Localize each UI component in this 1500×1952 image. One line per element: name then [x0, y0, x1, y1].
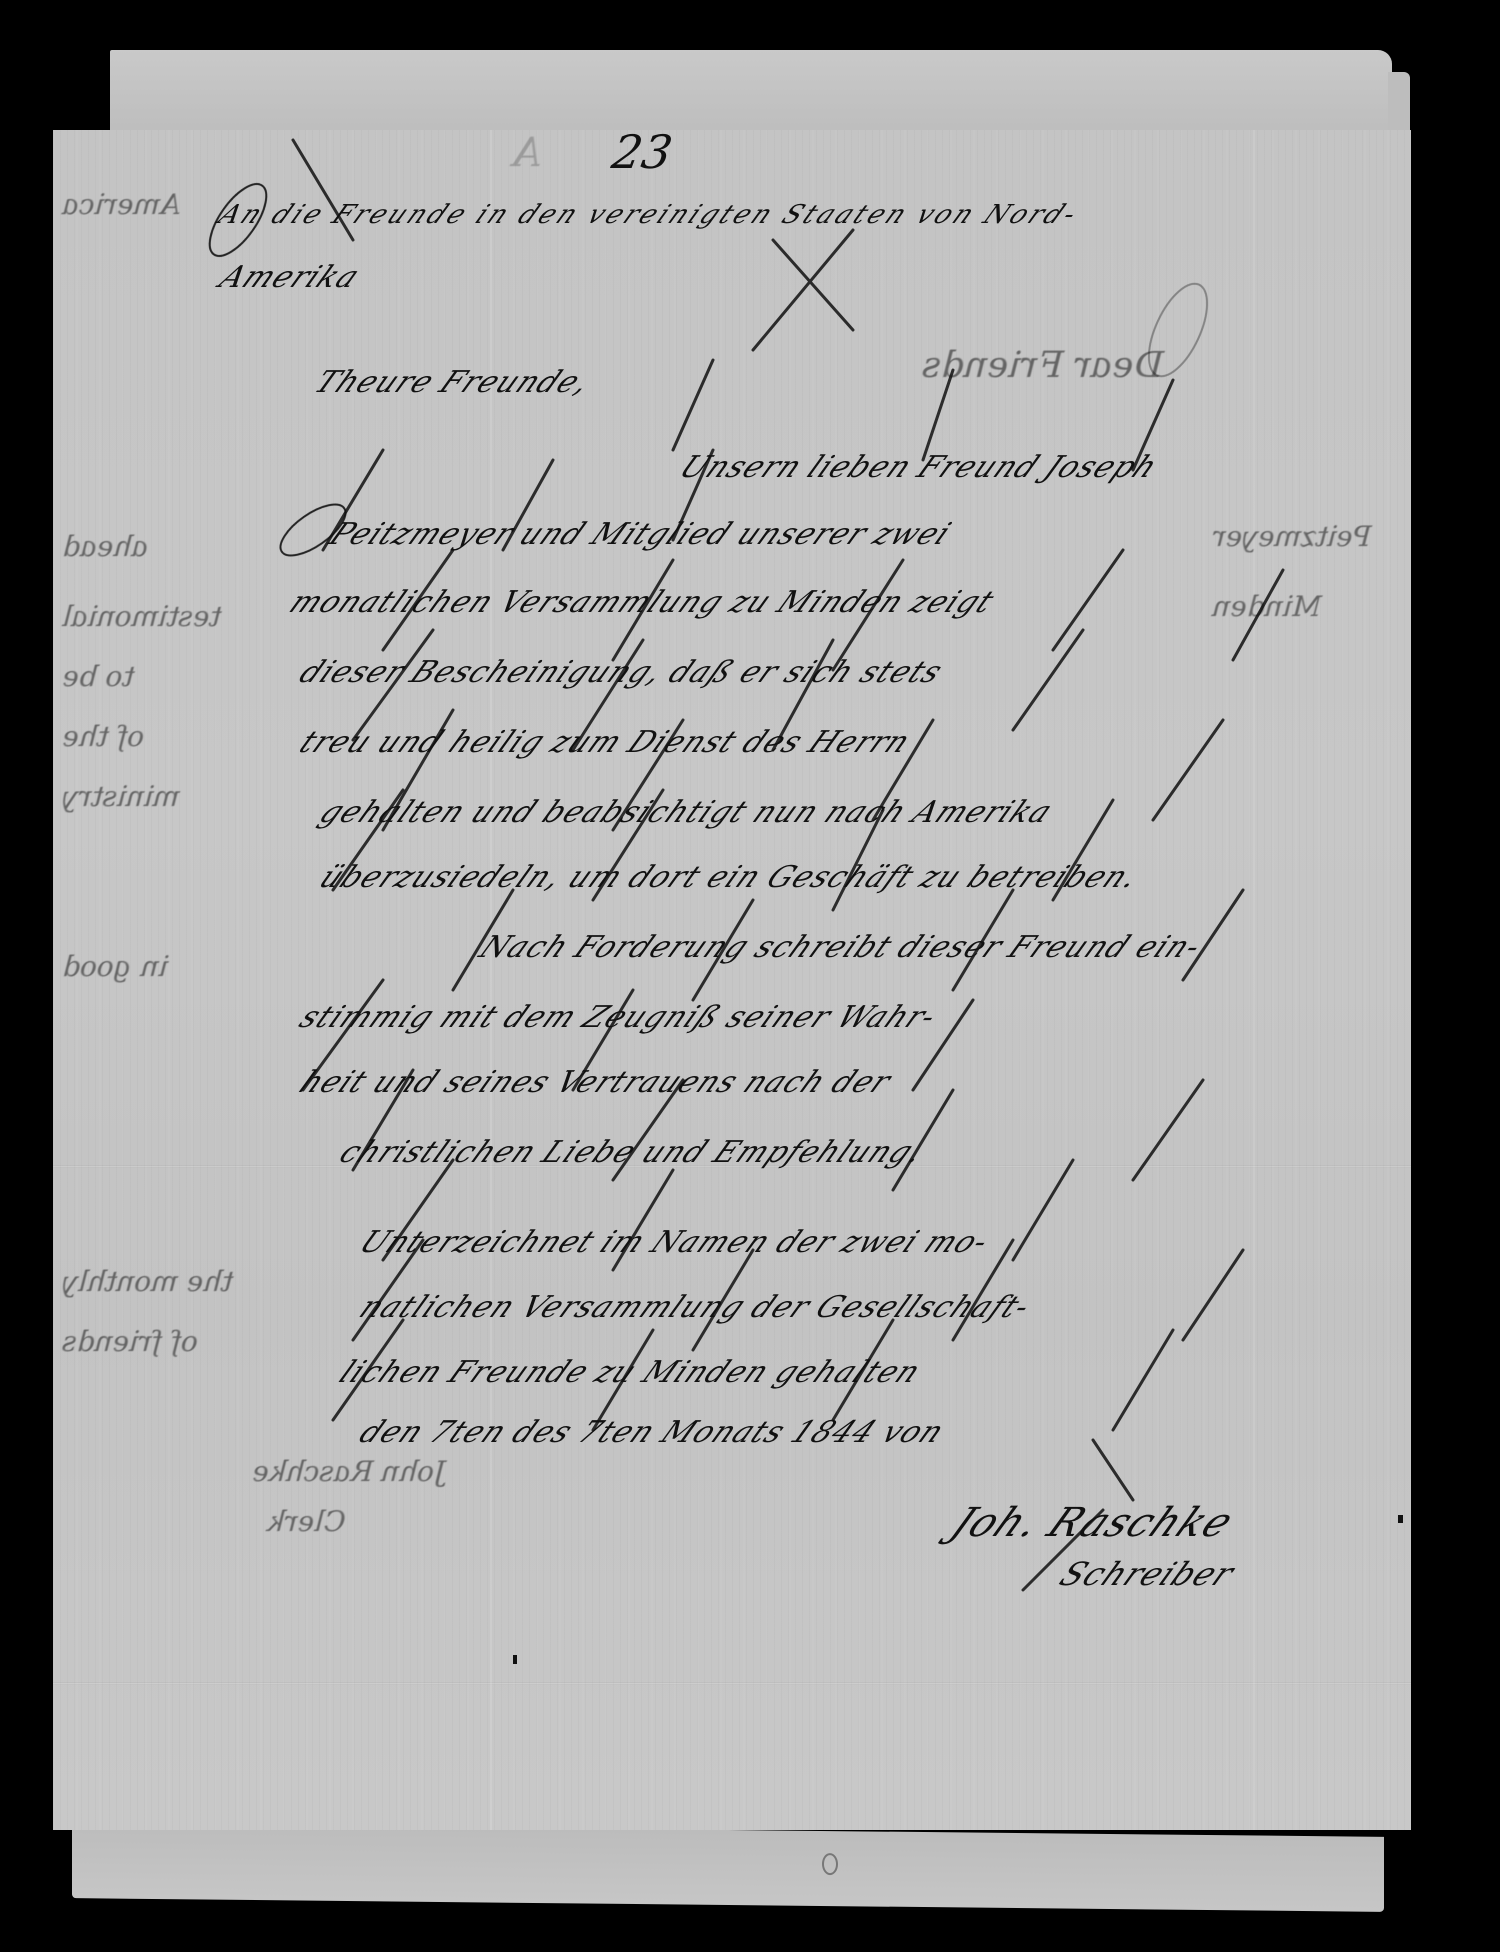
- bleed-through-fragment: ahead: [56, 530, 157, 563]
- bleed-through-signature: John Raschke: [246, 1455, 454, 1488]
- vertical-crease: [1253, 130, 1255, 1830]
- bleed-through-fragment: the monthly: [56, 1265, 241, 1298]
- ink-spot: [822, 1853, 838, 1875]
- back-sheet-bottom: [72, 1823, 1384, 1912]
- bleed-through-fragment: Minden: [1206, 590, 1329, 623]
- bleed-through-fragment: of the: [56, 720, 153, 753]
- signature: Joh. Raschke: [943, 1500, 1242, 1546]
- body-line: lichen Freunde zu Minden gehalten: [333, 1355, 928, 1390]
- body-line: stimmig mit dem Zeugniß seiner Wahr-: [293, 1000, 944, 1035]
- bleed-through-fragment: in good: [56, 950, 176, 983]
- bleed-through-fragment: testimonial: [56, 600, 229, 633]
- address-line: An die Freunde in den vereinigten Staate…: [213, 200, 1085, 230]
- body-line: Unsern lieben Freund Joseph: [673, 450, 1164, 485]
- letter-page: 23 A America Dear Friends Peitzmeyer Min…: [53, 130, 1411, 1830]
- body-line: Nach Forderung schreibt dieser Freund ei…: [473, 930, 1208, 965]
- page-number: 23: [608, 125, 676, 179]
- faint-page-mark: A: [503, 130, 552, 176]
- bleed-through-fragment: ministry: [56, 780, 188, 813]
- body-line: überzusiedeln, um dort ein Geschäft zu b…: [313, 860, 1146, 895]
- body-line: Peitzmeyer und Mitglied unserer zwei: [323, 517, 958, 552]
- body-line: treu und heilig zum Dienst des Herrn: [293, 725, 917, 760]
- body-line: monatlichen Versammlung zu Minden zeigt: [283, 585, 1001, 620]
- body-line: Unterzeichnet im Namen der zwei mo-: [353, 1225, 996, 1260]
- bleed-through-fragment: Peitzmeyer: [1206, 520, 1379, 553]
- date-line: den 7ten des 7ten Monats 1844 von: [353, 1415, 951, 1450]
- body-line: heit und seines Vertrauens nach der: [293, 1065, 898, 1100]
- salutation: Theure Freunde,: [308, 365, 598, 400]
- bleed-through-salutation: Dear Friends: [914, 345, 1172, 386]
- signature-title: Schreiber: [1053, 1555, 1242, 1593]
- body-line: gehalten und beabsichtigt nun nach Ameri…: [313, 795, 1059, 830]
- body-line: natlichen Versammlung der Gesellschaft-: [353, 1290, 1038, 1325]
- body-line: dieser Bescheinigung, daß er sich stets: [293, 655, 950, 690]
- body-line: christlichen Liebe und Empfehlung.: [333, 1135, 931, 1170]
- bleed-through-address: America: [56, 188, 189, 221]
- fold-line-lower: [53, 1682, 1411, 1685]
- bleed-through-title: Clerk: [261, 1505, 353, 1538]
- bleed-through-fragment: of friends: [56, 1325, 206, 1358]
- back-sheet-top: [110, 50, 1392, 135]
- address-line-2: Amerika: [213, 260, 366, 295]
- bleed-through-fragment: to be: [56, 660, 142, 693]
- scan-mark: [1398, 1515, 1403, 1523]
- scan-mark: [513, 1655, 517, 1664]
